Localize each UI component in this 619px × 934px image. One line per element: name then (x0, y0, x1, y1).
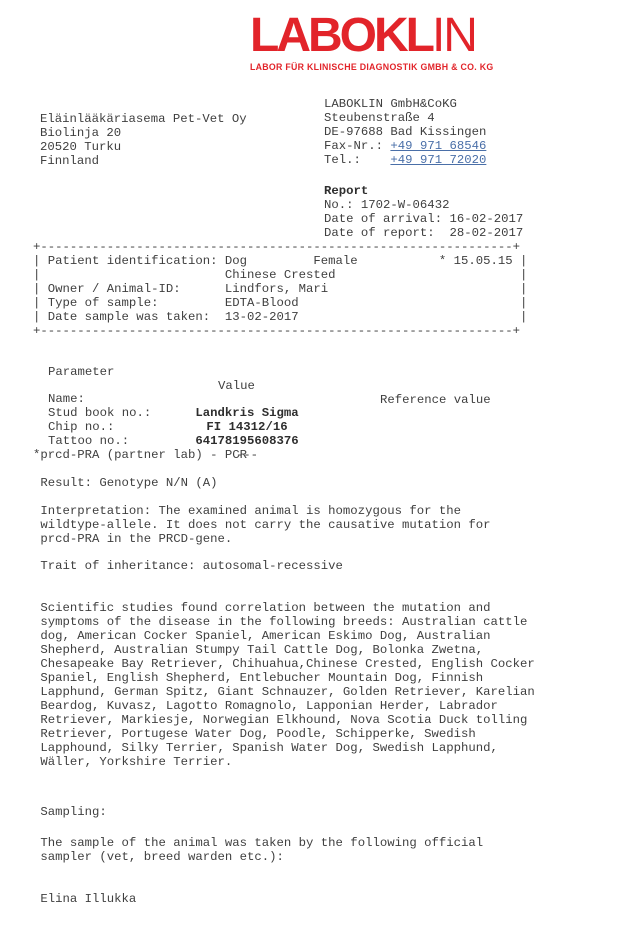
tel-row: Tel.: +49 971 72020 (324, 153, 486, 167)
lab-address: LABOKLIN GmbH&CoKG Steubenstraße 4 DE-97… (324, 97, 486, 139)
inheritance-line: Trait of inheritance: autosomal-recessiv… (33, 559, 343, 573)
sampler-name: Elina Illukka (33, 892, 136, 906)
logo-wordmark: LABOKLIN (250, 13, 490, 59)
logo-wordmark-bold: LABOKL (250, 9, 432, 62)
table-row-name: Name: Landkris Sigma (33, 378, 593, 392)
test-title: *prcd-PRA (partner lab) - PCR (33, 448, 247, 462)
patient-id-box: +---------------------------------------… (33, 240, 527, 338)
result-line: Result: Genotype N/N (A) (33, 476, 217, 490)
fax-number-link[interactable]: +49 971 68546 (390, 139, 486, 153)
recipient-address: Eläinlääkäriasema Pet-Vet Oy Biolinja 20… (40, 112, 247, 168)
table-row-studbook: Stud book no.: FI 14312/16 (33, 392, 593, 406)
row-label: Tattoo no.: (48, 434, 129, 448)
logo-wordmark-light: IN (432, 9, 476, 62)
logo-subtitle: LABOR FÜR KLINISCHE DIAGNOSTIK GMBH & CO… (250, 62, 490, 72)
sampling-title: Sampling: (33, 805, 107, 819)
report-meta: No.: 1702-W-06432 Date of arrival: 16-02… (324, 198, 523, 240)
fax-row: Fax-Nr.: +49 971 68546 (324, 139, 486, 153)
laboklin-logo: LABOKLIN LABOR FÜR KLINISCHE DIAGNOSTIK … (250, 13, 490, 72)
report-title: Report (324, 184, 368, 198)
tel-label: Tel.: (324, 153, 390, 167)
table-row-chip: Chip no.: 64178195608376 (33, 406, 593, 420)
row-value: 64178195608376 (195, 434, 299, 448)
interpretation-paragraph: Interpretation: The examined animal is h… (33, 504, 491, 546)
fax-label: Fax-Nr.: (324, 139, 390, 153)
lab-report-page: LABOKLIN LABOR FÜR KLINISCHE DIAGNOSTIK … (0, 0, 619, 934)
table-header: Parameter Value Reference value (33, 351, 593, 365)
sampling-paragraph: The sample of the animal was taken by th… (33, 836, 483, 864)
breeds-paragraph: Scientific studies found correlation bet… (33, 601, 535, 769)
table-row-tattoo: Tattoo no.: --- (33, 420, 593, 434)
tel-number-link[interactable]: +49 971 72020 (390, 153, 486, 167)
header-parameter: Parameter (48, 365, 114, 379)
